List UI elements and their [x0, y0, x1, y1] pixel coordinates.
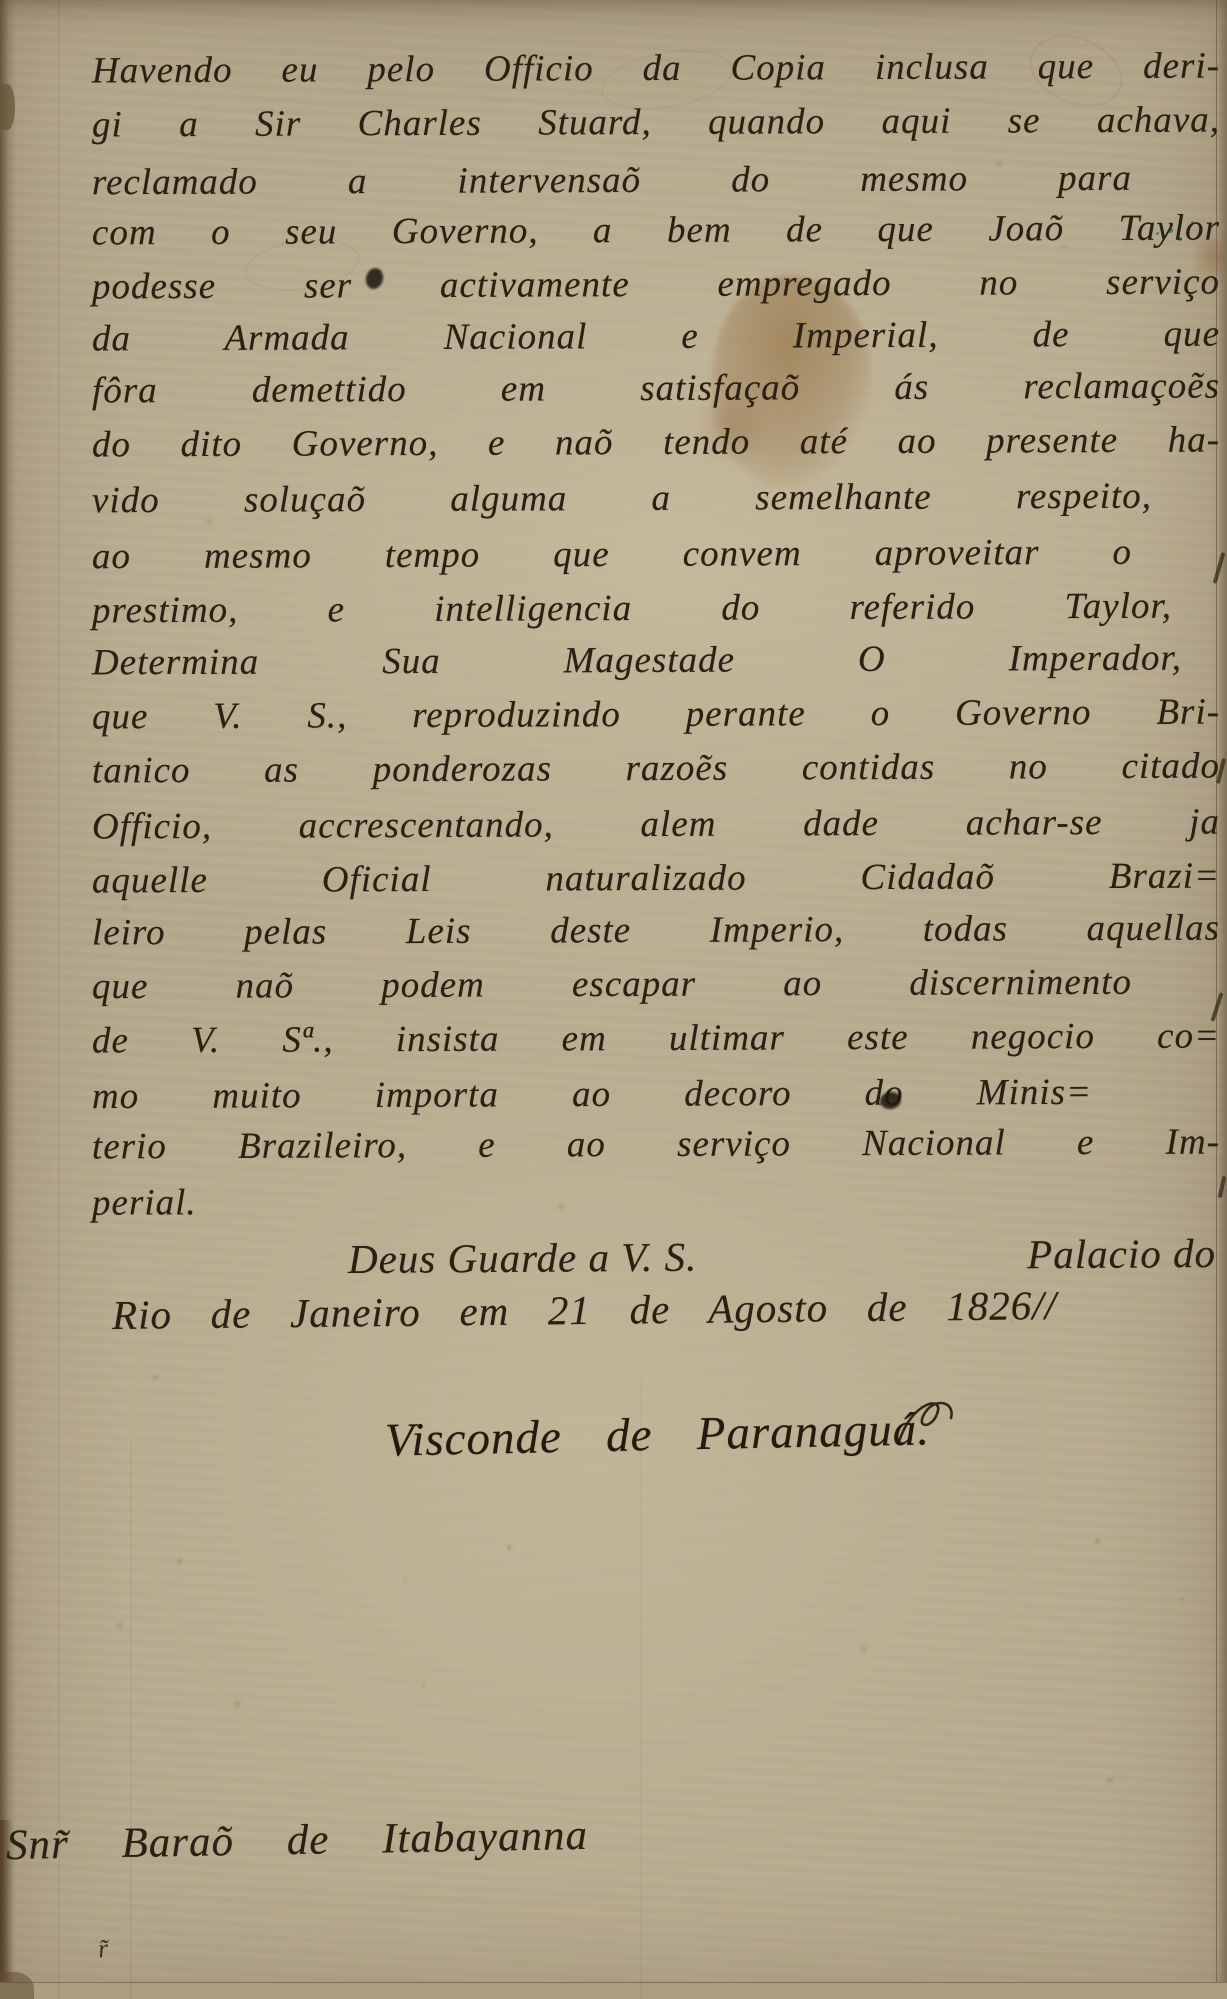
- closing-date-line: Rio de Janeiro em 21 de Agosto de 1826//: [112, 1281, 1057, 1339]
- addressee-line: Snr̃ Baraõ de Itabayanna: [6, 1811, 589, 1870]
- manuscript-line: ao mesmo tempo que convem aproveitar o: [92, 534, 1132, 576]
- manuscript-page: Havendo eu pelo Officio da Copia inclusa…: [0, 0, 1227, 1999]
- foxing-spots: [0, 0, 3, 3]
- fold-crease: [58, 0, 60, 1999]
- signature: Visconde de Paranaguá.: [384, 1402, 930, 1467]
- bottom-left-corner-shadow: [0, 1972, 34, 1999]
- closing-invocation: Deus Guarde a V. S.: [348, 1233, 698, 1283]
- manuscript-line: gi a Sir Charles Stuard, quando aqui se …: [92, 102, 1220, 144]
- manuscript-line: fôra demettido em satisfaçaõ ás reclamaç…: [92, 368, 1220, 410]
- manuscript-line: Determina Sua Magestade O Imperador,: [92, 640, 1182, 682]
- manuscript-line: do dito Governo, e naõ tendo até ao pres…: [92, 422, 1220, 464]
- manuscript-line: reclamado a intervensaõ do mesmo para: [92, 160, 1132, 202]
- closing-place-label: Palacio do: [1027, 1229, 1216, 1278]
- manuscript-line: terio Brazileiro, e ao serviço Nacional …: [92, 1124, 1220, 1166]
- manuscript-line: aquelle Oficial naturalizado Cidadaõ Bra…: [92, 858, 1220, 900]
- manuscript-line: que naõ podem escapar ao discernimento: [92, 964, 1132, 1006]
- signature-flourish: [893, 1392, 965, 1454]
- manuscript-line: tanico as ponderozas razoẽs contidas no …: [92, 748, 1220, 790]
- page-gutter-edge: [0, 0, 16, 1999]
- manuscript-line: da Armada Nacional e Imperial, de que: [92, 316, 1220, 358]
- manuscript-line: Officio, accrescentando, alem dade achar…: [92, 804, 1220, 846]
- fold-crease: [130, 1440, 132, 1999]
- fold-crease: [640, 1380, 642, 1999]
- manuscript-line: prestimo, e intelligencia do referido Ta…: [92, 588, 1172, 630]
- manuscript-line: Havendo eu pelo Officio da Copia inclusa…: [92, 48, 1220, 90]
- closing-line: Deus Guarde a V. S. Palacio do: [348, 1229, 1216, 1283]
- manuscript-line: de V. Sª., insista em ultimar este negoc…: [92, 1018, 1220, 1060]
- manuscript-line: podesse ser activamente empregado no ser…: [92, 264, 1220, 306]
- manuscript-line: perial.: [92, 1183, 412, 1221]
- manuscript-line: que V. S., reproduzindo perante o Govern…: [92, 694, 1220, 736]
- paper-tear-notch: [0, 84, 15, 130]
- manuscript-line: mo muito importa ao decoro do Minis=: [92, 1074, 1092, 1115]
- stray-pen-mark: r̃: [96, 1934, 109, 1965]
- manuscript-line: com o seu Governo, a bem de que Joaõ Tay…: [92, 210, 1220, 252]
- manuscript-line: vido soluçaõ alguma a semelhante respeit…: [92, 478, 1152, 520]
- manuscript-line: leiro pelas Leis deste Imperio, todas aq…: [92, 910, 1220, 952]
- page-bottom-edge: [0, 1982, 1227, 1999]
